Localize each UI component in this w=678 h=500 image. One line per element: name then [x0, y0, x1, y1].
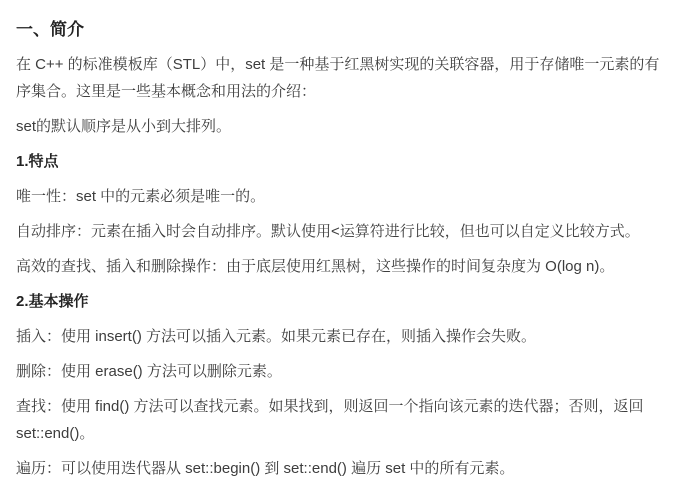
section-heading-operations: 2.基本操作: [16, 288, 662, 315]
paragraph-feature-autosort: 自动排序：元素在插入时会自动排序。默认使用<运算符进行比较，但也可以自定义比较方…: [16, 218, 662, 245]
paragraph-op-find: 查找：使用 find() 方法可以查找元素。如果找到，则返回一个指向该元素的迭代…: [16, 393, 662, 447]
paragraph-op-insert: 插入：使用 insert() 方法可以插入元素。如果元素已存在，则插入操作会失败…: [16, 323, 662, 350]
section-heading-intro: 一、简介: [16, 16, 662, 43]
document-page: 一、简介 在 C++ 的标准模板库（STL）中，set 是一种基于红黑树实现的关…: [0, 0, 678, 500]
paragraph-feature-uniqueness: 唯一性：set 中的元素必须是唯一的。: [16, 183, 662, 210]
paragraph-intro-description: 在 C++ 的标准模板库（STL）中，set 是一种基于红黑树实现的关联容器，用…: [16, 51, 662, 105]
paragraph-op-traverse: 遍历：可以使用迭代器从 set::begin() 到 set::end() 遍历…: [16, 455, 662, 482]
article-content: 一、简介 在 C++ 的标准模板库（STL）中，set 是一种基于红黑树实现的关…: [0, 0, 678, 482]
paragraph-feature-efficiency: 高效的查找、插入和删除操作：由于底层使用红黑树，这些操作的时间复杂度为 O(lo…: [16, 253, 662, 280]
paragraph-op-erase: 删除：使用 erase() 方法可以删除元素。: [16, 358, 662, 385]
paragraph-default-order: set的默认顺序是从小到大排列。: [16, 113, 662, 140]
section-heading-features: 1.特点: [16, 148, 662, 175]
